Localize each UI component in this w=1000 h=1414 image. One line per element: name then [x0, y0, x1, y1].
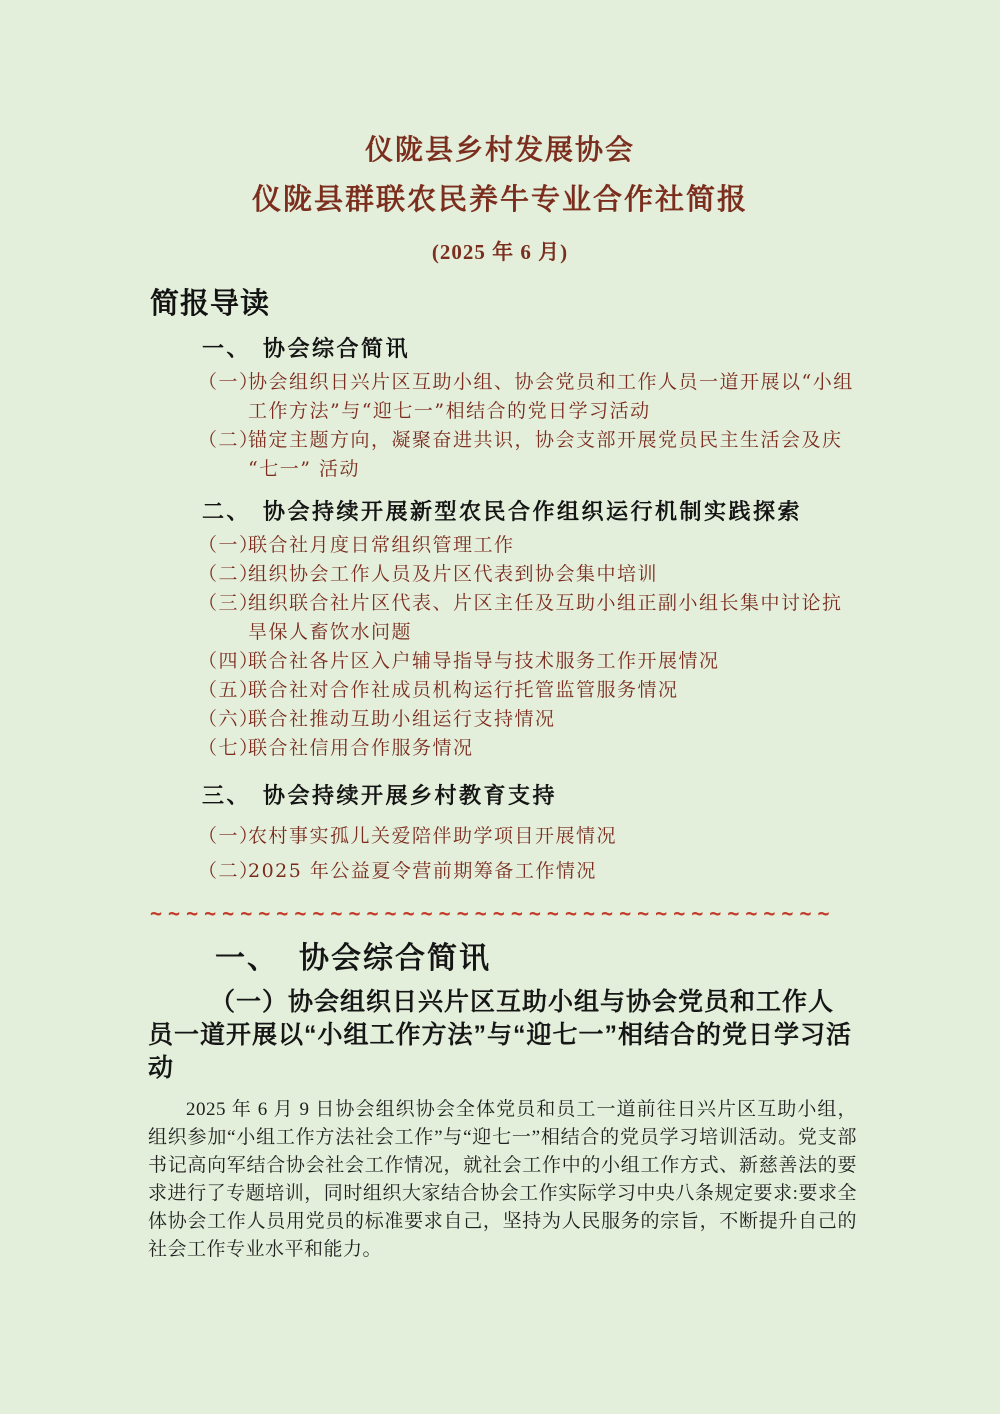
toc-item-list: （一）联合社月度日常组织管理工作 （二）组织协会工作人员及片区代表到协会集中培训…	[198, 531, 855, 763]
toc-item-number: （一）	[198, 368, 260, 397]
toc-section-number: 三、	[202, 783, 251, 809]
toc-item-number: （二）	[198, 560, 260, 589]
toc-item-number: （一）	[198, 822, 260, 851]
toc-section-title: 二、协会持续开展新型农民合作组织运行机制实践探索	[202, 499, 855, 526]
toc-item: （二）组织协会工作人员及片区代表到协会集中培训	[198, 560, 855, 589]
issue-date: (2025 年 6 月)	[0, 240, 1000, 264]
toc-item: （五）联合社对合作社成员机构运行托管监管服务情况	[198, 676, 855, 705]
toc-item-number: （二）	[198, 426, 260, 455]
toc-item-list: （一）协会组织日兴片区互助小组、协会党员和工作人员一道开展以“小组工作方法”与“…	[198, 368, 855, 484]
toc-item: （四）联合社各片区入户辅导指导与技术服务工作开展情况	[198, 647, 855, 676]
toc-item-number: （六）	[198, 705, 260, 734]
section-heading: 一、协会综合简讯	[215, 940, 855, 978]
toc-section-number: 一、	[202, 336, 251, 362]
toc-item: （二）锚定主题方向，凝聚奋进共识，协会支部开展党员民主生活会及庆 “七一” 活动	[198, 426, 855, 484]
toc-item-list: （一）农村事实孤儿关爱陪伴助学项目开展情况 （二）2025 年公益夏令营前期筹备…	[198, 822, 855, 886]
toc-item-text: 组织联合社片区代表、片区主任及互助小组正副小组长集中讨论抗旱保人畜饮水问题	[248, 592, 843, 643]
toc-item: （三）组织联合社片区代表、片区主任及互助小组正副小组长集中讨论抗旱保人畜饮水问题	[198, 589, 855, 647]
toc-item-number: （二）	[198, 857, 260, 886]
subsection-heading: （一）协会组织日兴片区互助小组与协会党员和工作人员一道开展以“小组工作方法”与“…	[148, 986, 857, 1085]
toc-item-number: （三）	[198, 589, 260, 618]
org-title: 仪陇县乡村发展协会	[0, 134, 1000, 166]
toc-item-text: 组织协会工作人员及片区代表到协会集中培训	[248, 563, 658, 585]
toc-item-text: 联合社信用合作服务情况	[248, 737, 474, 759]
toc-item-number: （五）	[198, 676, 260, 705]
toc-item: （一）协会组织日兴片区互助小组、协会党员和工作人员一道开展以“小组工作方法”与“…	[198, 368, 855, 426]
main-content: 一、协会综合简讯 （一）协会组织日兴片区互助小组与协会党员和工作人员一道开展以“…	[0, 940, 1000, 1264]
bulletin-header: 仪陇县乡村发展协会 仪陇县群联农民养牛专业合作社简报 (2025 年 6 月)	[0, 134, 1000, 264]
toc-item-text: 锚定主题方向，凝聚奋进共识，协会支部开展党员民主生活会及庆 “七一” 活动	[248, 429, 843, 480]
section-heading-number: 一、	[215, 942, 279, 975]
body-paragraph: 2025 年 6 月 9 日协会组织协会全体党员和员工一道前往日兴片区互助小组，…	[148, 1096, 857, 1264]
bulletin-title: 仪陇县群联农民养牛专业合作社简报	[0, 184, 1000, 216]
toc-item-text: 协会组织日兴片区互助小组、协会党员和工作人员一道开展以“小组工作方法”与“迎七一…	[248, 371, 854, 422]
toc-item: （六）联合社推动互助小组运行支持情况	[198, 705, 855, 734]
toc-section-label: 协会综合简讯	[263, 336, 410, 362]
toc: 简报导读 一、协会综合简讯 （一）协会组织日兴片区互助小组、协会党员和工作人员一…	[0, 288, 1000, 886]
toc-item-text: 联合社各片区入户辅导指导与技术服务工作开展情况	[248, 650, 720, 672]
toc-section-label: 协会持续开展乡村教育支持	[263, 783, 557, 809]
toc-item-number: （七）	[198, 734, 260, 763]
toc-heading: 简报导读	[150, 288, 1000, 321]
toc-item-text: 联合社月度日常组织管理工作	[248, 534, 515, 556]
toc-item: （二）2025 年公益夏令营前期筹备工作情况	[198, 857, 855, 886]
section-heading-label: 协会综合简讯	[299, 942, 491, 975]
toc-section-2: 二、协会持续开展新型农民合作组织运行机制实践探索 （一）联合社月度日常组织管理工…	[0, 499, 1000, 763]
toc-section-title: 三、协会持续开展乡村教育支持	[202, 783, 855, 810]
toc-item: （一）农村事实孤儿关爱陪伴助学项目开展情况	[198, 822, 855, 851]
bulletin-page: 仪陇县乡村发展协会 仪陇县群联农民养牛专业合作社简报 (2025 年 6 月) …	[0, 0, 1000, 1414]
toc-section-3: 三、协会持续开展乡村教育支持 （一）农村事实孤儿关爱陪伴助学项目开展情况 （二）…	[0, 783, 1000, 886]
toc-item-text: 联合社对合作社成员机构运行托管监管服务情况	[248, 679, 679, 701]
toc-item-number: （四）	[198, 647, 260, 676]
wavy-divider: ~~~~~~~~~~~~~~~~~~~~~~~~~~~~~~~~~~~~~~	[150, 902, 850, 924]
toc-section-title: 一、协会综合简讯	[202, 336, 855, 363]
toc-section-1: 一、协会综合简讯 （一）协会组织日兴片区互助小组、协会党员和工作人员一道开展以“…	[0, 336, 1000, 484]
toc-item: （一）联合社月度日常组织管理工作	[198, 531, 855, 560]
toc-section-label: 协会持续开展新型农民合作组织运行机制实践探索	[263, 499, 802, 525]
toc-item-number: （一）	[198, 531, 260, 560]
toc-item: （七）联合社信用合作服务情况	[198, 734, 855, 763]
toc-item-text: 联合社推动互助小组运行支持情况	[248, 708, 556, 730]
toc-section-number: 二、	[202, 499, 251, 525]
toc-item-text: 2025 年公益夏令营前期筹备工作情况	[248, 860, 597, 882]
toc-item-text: 农村事实孤儿关爱陪伴助学项目开展情况	[248, 825, 617, 847]
